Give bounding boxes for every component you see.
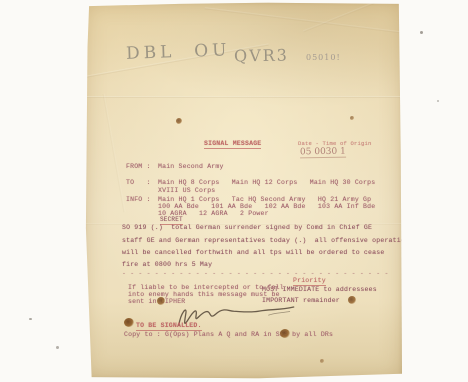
info-value-line1: Main HQ 1 Corps Tac HQ Second Army HQ 21… <box>158 196 371 203</box>
dust-speck <box>420 31 423 34</box>
info-label: INFO : <box>126 196 151 203</box>
cipher-note-line1: If liable to be intercepted or to fall <box>128 284 284 291</box>
paper-crease <box>205 7 414 35</box>
to-value-line2: XVIII US Corps <box>158 187 215 194</box>
message-body-line1: SO 919 (.) total German surrender signed… <box>122 224 372 231</box>
ink-stain-blob <box>124 318 134 327</box>
paper-fold-horizontal <box>84 96 402 98</box>
signalled-heading: TO BE SIGNALLED. <box>136 322 202 331</box>
dust-speck <box>29 318 32 320</box>
foxing-stain <box>280 329 290 338</box>
photo-of-signal-message-document: DBL OU QVR3 05010! SIGNAL MESSAGE Date -… <box>0 0 468 382</box>
foxing-stain <box>157 297 165 305</box>
pencil-routing-code-right: 05010! <box>306 53 341 62</box>
paper-crease <box>103 94 126 213</box>
dashed-separator: - - - - - - - - - - - - - - - - - - - - … <box>122 270 390 277</box>
pencil-routing-code-mid: QVR3 <box>234 46 289 66</box>
from-value: Main Second Army <box>158 163 224 170</box>
foxing-stain <box>348 296 356 304</box>
to-value-line1: Main HQ 8 Corps Main HQ 12 Corps Main HQ… <box>158 179 375 186</box>
message-body-line4: fire at 0800 hrs 5 May <box>122 261 212 268</box>
pencil-routing-code-left: DBL OU <box>126 40 231 64</box>
aged-paper-sheet: DBL OU QVR3 05010! SIGNAL MESSAGE Date -… <box>84 2 402 379</box>
foxing-stain <box>350 116 354 120</box>
to-label: TO : <box>126 179 151 186</box>
copy-distribution-line: Copy to : G(Ops) Plans A Q and RA in SDS… <box>124 331 333 338</box>
dust-speck <box>437 100 439 102</box>
form-title: SIGNAL MESSAGE <box>204 140 261 149</box>
message-body-line2: staff GE and German representatives toda… <box>122 237 413 244</box>
date-time-of-origin-value: 05 0030 1 <box>300 147 346 159</box>
foxing-stain <box>176 118 182 124</box>
from-label: FROM : <box>126 163 151 170</box>
dust-speck <box>56 346 59 349</box>
info-value-line2: 100 AA Bde 101 AA Bde 102 AA Bde 103 AA … <box>158 203 375 210</box>
priority-heading: Priority <box>293 277 326 286</box>
message-body-line3: will be cancelled forthwith and all tps … <box>122 249 384 256</box>
foxing-stain <box>320 359 324 363</box>
